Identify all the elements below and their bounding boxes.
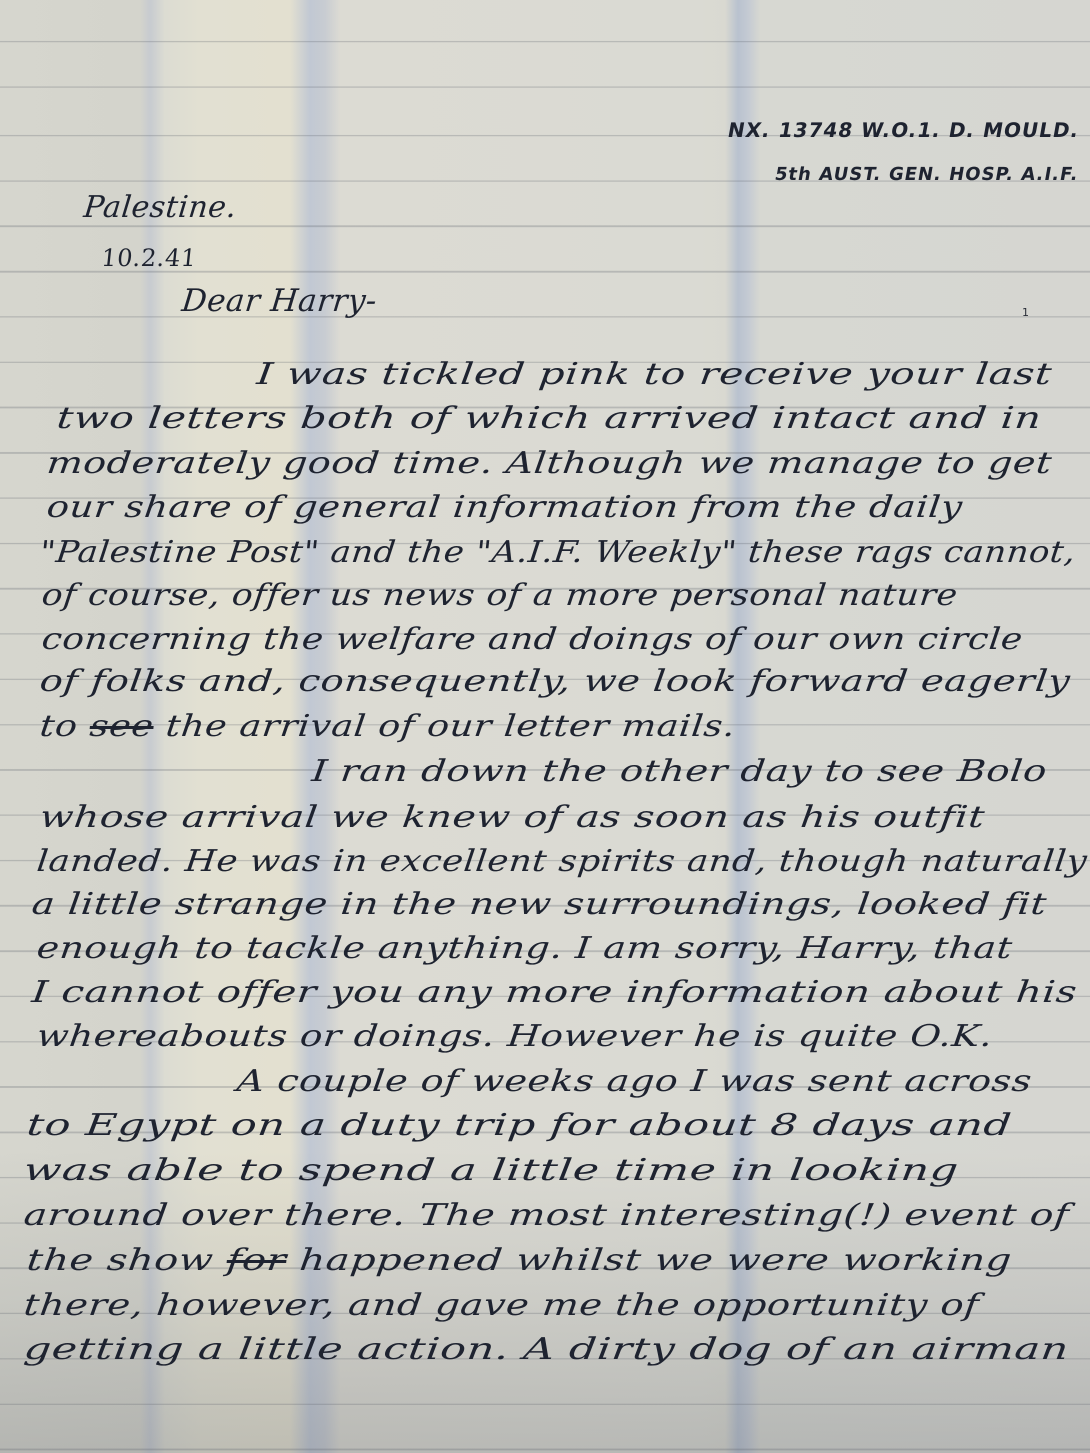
sender-service-line: NX. 13748 W.O.1. D. MOULD.	[726, 118, 1081, 142]
letter-line: to see the arrival of our letter mails.	[38, 709, 737, 744]
letter-line: concerning the welfare and doings of our…	[40, 622, 1025, 657]
struck-out-word: see	[88, 709, 155, 744]
letter-line: I was tickled pink to receive your last	[255, 357, 1054, 392]
struck-out-word: for	[225, 1243, 288, 1278]
letter-line: a little strange in the new surroundings…	[30, 887, 1049, 922]
letter-line: moderately good time. Although we manage…	[45, 446, 1054, 481]
letter-line: the show for happened whilst we were wor…	[25, 1243, 1014, 1278]
sender-unit-line: 5th AUST. GEN. HOSP. A.I.F.	[773, 164, 1080, 185]
letter-line: of folks and, consequently, we look forw…	[38, 664, 1072, 699]
letter-line: two letters both of which arrived intact…	[55, 401, 1043, 436]
letter-line: A couple of weeks ago I was sent across	[235, 1064, 1034, 1099]
letter-date: 10.2.41	[100, 244, 198, 272]
letter-line: was able to spend a little time in looki…	[22, 1153, 961, 1188]
letter-place: Palestine.	[82, 190, 238, 225]
letter-line: our share of general information from th…	[45, 490, 964, 525]
letter-line: "Palestine Post" and the "A.I.F. Weekly"…	[38, 535, 1077, 570]
letter-line: there, however, and gave me the opportun…	[22, 1288, 981, 1323]
letter-line: whose arrival we knew of as soon as his …	[38, 800, 987, 835]
letter-line: getting a little action. A dirty dog of …	[22, 1332, 1071, 1367]
letter-line: of course, offer us news of a more perso…	[40, 578, 960, 613]
letter-line: landed. He was in excellent spirits and,…	[35, 844, 1089, 879]
page-number: 1	[1022, 306, 1029, 319]
letter-line: I ran down the other day to see Bolo	[310, 754, 1049, 789]
letter-line: to Egypt on a duty trip for about 8 days…	[25, 1108, 1014, 1143]
salutation: Dear Harry-	[180, 283, 379, 319]
letter-line: enough to tackle anything. I am sorry, H…	[35, 931, 1014, 966]
letter-line: I cannot offer you any more information …	[30, 975, 1079, 1010]
letter-line: whereabouts or doings. However he is qui…	[35, 1019, 994, 1054]
letter-line: around over there. The most interesting(…	[22, 1198, 1071, 1233]
